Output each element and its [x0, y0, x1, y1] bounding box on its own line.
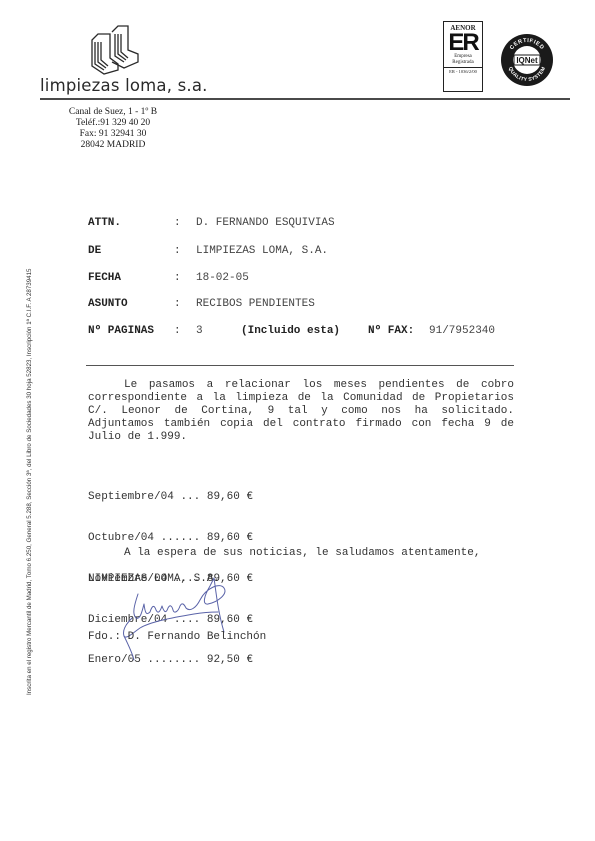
- address-city: 28042 MADRID: [48, 140, 178, 151]
- signed-by: Fdo.: D. Fernando Belinchón: [88, 631, 266, 643]
- iqnet-center-text: IQNet: [516, 56, 538, 65]
- item-leader: ......: [161, 532, 201, 544]
- paginas-colon: :: [174, 325, 181, 337]
- paginas-value: 3: [196, 325, 203, 337]
- body-divider: [86, 365, 514, 366]
- item-amount: 89,60 €: [207, 532, 253, 544]
- fecha-value: 18-02-05: [196, 272, 249, 284]
- aenor-subtitle-2: Registrada: [444, 60, 482, 66]
- address-phone: Teléf.:91 329 40 20: [48, 118, 178, 129]
- item-month: Octubre/04: [88, 532, 154, 544]
- company-name: limpiezas loma, s.a.: [40, 76, 208, 95]
- attn-label: ATTN.: [88, 217, 121, 229]
- company-address: Canal de Suez, 1 - 1º B Teléf.:91 329 40…: [48, 107, 178, 151]
- de-colon: :: [174, 245, 181, 257]
- fecha-label: FECHA: [88, 272, 121, 284]
- body-paragraph-text: Le pasamos a relacionar los meses pendie…: [88, 379, 514, 443]
- item-amount: 89,60 €: [207, 491, 253, 503]
- address-street: Canal de Suez, 1 - 1º B: [48, 107, 178, 118]
- list-item: Septiembre/04 ... 89,60 €: [88, 491, 253, 505]
- aenor-er-mark: ER: [444, 32, 482, 54]
- company-logo-icon: [84, 24, 144, 76]
- handwritten-signature-icon: [110, 572, 260, 662]
- attn-value: D. FERNANDO ESQUIVIAS: [196, 217, 335, 229]
- address-fax: Fax: 91 32941 30: [48, 129, 178, 140]
- aenor-code: ER - 1036/2/00: [444, 67, 482, 74]
- paginas-note: (Incluido esta): [241, 325, 340, 337]
- asunto-label: ASUNTO: [88, 298, 128, 310]
- fax-number-value: 91/7952340: [429, 325, 495, 337]
- item-leader: ...: [180, 491, 200, 503]
- aenor-certification-badge: AENOR ER Empresa Registrada ER - 1036/2/…: [443, 21, 483, 92]
- attn-colon: :: [174, 217, 181, 229]
- asunto-colon: :: [174, 298, 181, 310]
- header-divider: [40, 98, 570, 100]
- closing-line: A la espera de sus noticias, le saludamo…: [124, 547, 480, 559]
- body-paragraph: Le pasamos a relacionar los meses pendie…: [88, 379, 514, 444]
- fax-number-label: Nº FAX:: [368, 325, 414, 337]
- fecha-colon: :: [174, 272, 181, 284]
- paginas-label: Nº PAGINAS: [88, 325, 154, 337]
- item-month: Septiembre/04: [88, 491, 174, 503]
- registry-note: Inscrita en el registro Mercantil de Mad…: [26, 275, 36, 695]
- list-item: Octubre/04 ...... 89,60 €: [88, 532, 253, 546]
- de-label: DE: [88, 245, 101, 257]
- iqnet-certified-seal-icon: CERTIFIED QUALITY SYSTEM IQNet: [500, 33, 554, 87]
- de-value: LIMPIEZAS LOMA, S.A.: [196, 245, 328, 257]
- asunto-value: RECIBOS PENDIENTES: [196, 298, 315, 310]
